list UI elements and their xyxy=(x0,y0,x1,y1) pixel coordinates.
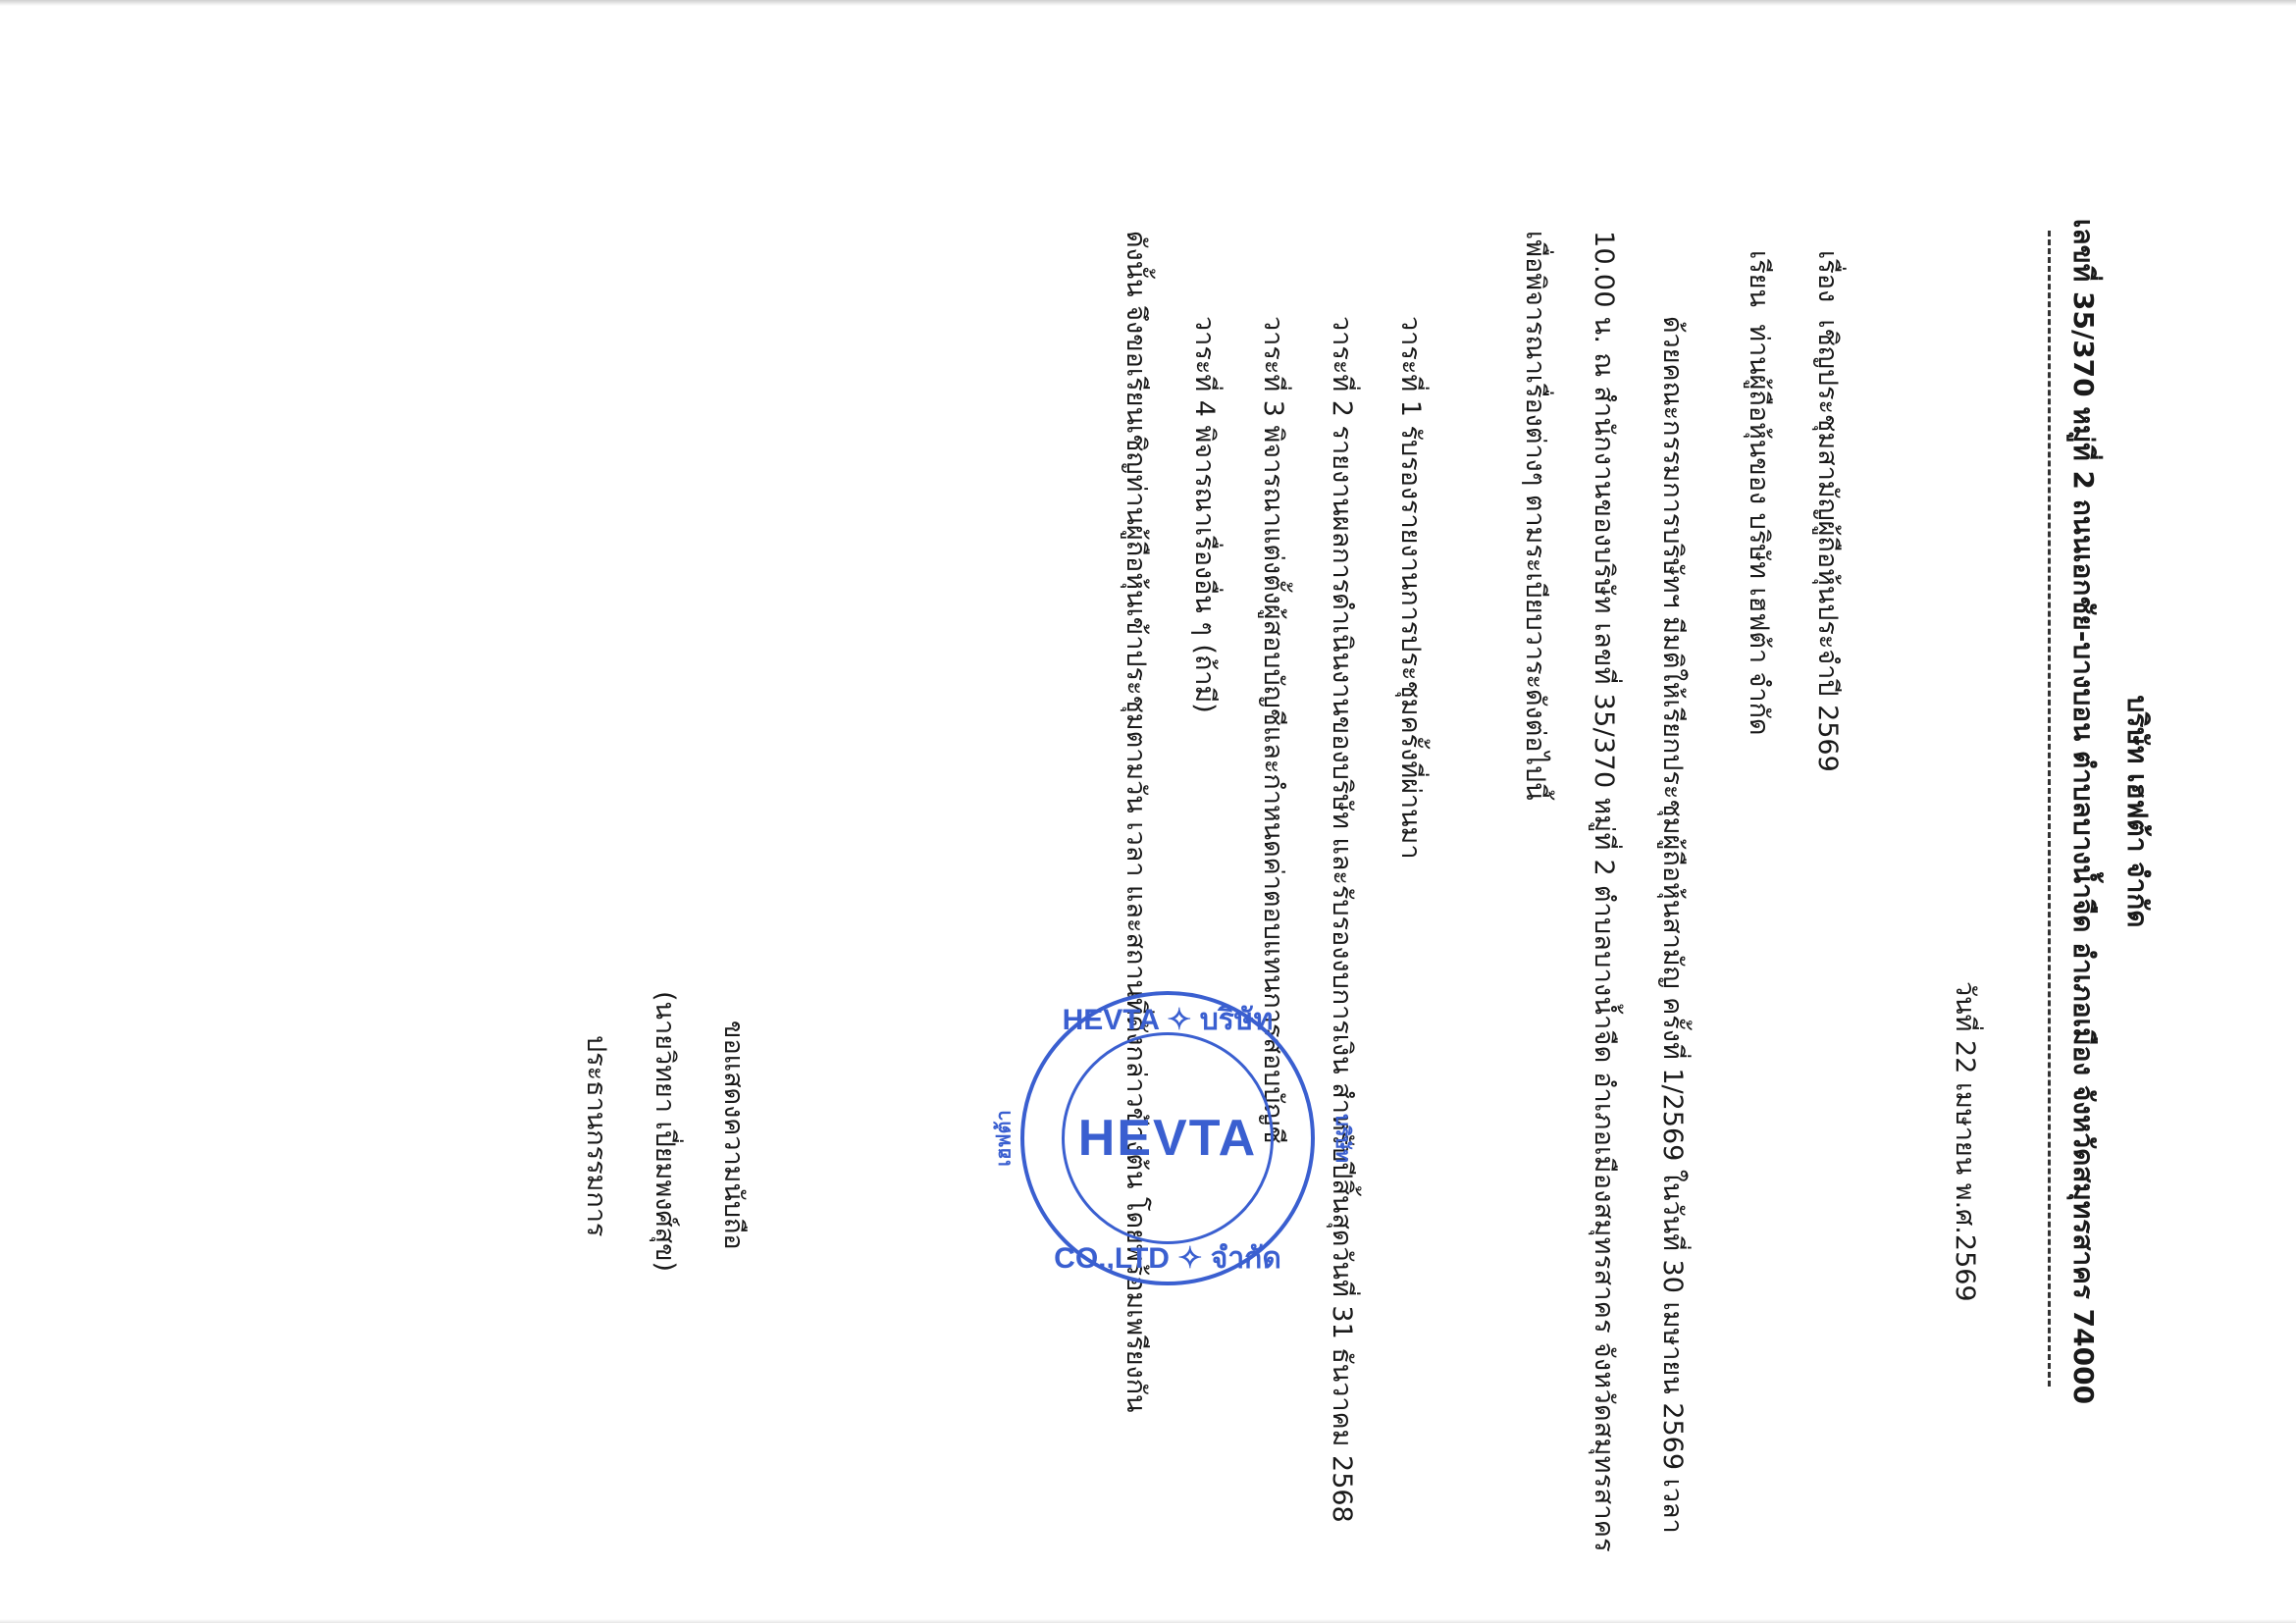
letter-recipient: เรียน ท่านผู้ถือหุ้นของ บริษัท เฮฟต้า จำ… xyxy=(1739,250,1781,735)
agenda-item: วาระที่ 4 พิจารณาเรื่องอื่น ๆ (ถ้ามี) xyxy=(1184,316,1226,713)
agenda-item: วาระที่ 1 รับรองรายงานการประชุมครั้งที่ผ… xyxy=(1390,316,1433,860)
subject-label: เรื่อง xyxy=(1812,250,1843,302)
recipient-text: ท่านผู้ถือหุ้นของ บริษัท เฮฟต้า จำกัด xyxy=(1744,324,1774,735)
body-line: ด้วยคณะกรรมการบริษัทฯ มีมติให้เรียกประชุ… xyxy=(1652,316,1695,1534)
company-address: เลขที่ 35/370 หมู่ที่ 2 ถนนเอกชัย-บางบอน… xyxy=(2061,0,2105,1623)
seal-bottom-text: CO.,LTD ✧ จำกัด xyxy=(1024,1235,1311,1282)
closing-regards: ขอแสดงความนับถือ xyxy=(713,1021,756,1250)
recipient-label: เรียน xyxy=(1744,250,1774,307)
seal-top-text: HEVTA ✧ บริษัท xyxy=(1024,997,1311,1043)
document-page: บริษัท เฮฟต้า จำกัด เลขที่ 35/370 หมู่ที… xyxy=(0,0,2296,1623)
letter-subject: เรื่อง เชิญประชุมสามัญผู้ถือหุ้นประจำปี … xyxy=(1807,250,1850,772)
letterhead-divider xyxy=(2048,231,2051,1387)
company-name: บริษัท เฮฟต้า จำกัด xyxy=(2115,0,2159,1623)
company-seal: HEVTA HEVTA ✧ บริษัท CO.,LTD ✧ จำกัด เฮฟ… xyxy=(1020,991,1315,1285)
subject-text: เชิญประชุมสามัญผู้ถือหุ้นประจำปี 2569 xyxy=(1812,319,1843,771)
signer-name: (นายวิทยา เปี่ยมพงศ์สุข) xyxy=(645,991,687,1272)
agenda-item: วาระที่ 2 รายงานผลการดำเนินงานของบริษัท … xyxy=(1322,316,1364,1523)
body-line: 10.00 น. ณ สำนักงานของบริษัท เลขที่ 35/3… xyxy=(1584,231,1626,1552)
scan-bottom-edge xyxy=(0,1619,2296,1623)
seal-inner-ring: HEVTA xyxy=(1062,1032,1274,1244)
letter-date: วันที่ 22 เมษายน พ.ศ.2569 xyxy=(1945,981,1987,1302)
seal-right-text: บริษัท xyxy=(1328,1114,1359,1163)
seal-center-text: HEVTA xyxy=(1065,1035,1271,1241)
body-line: เพื่อพิจารณาเรื่องต่างๆ ตามระเบียบวาระดั… xyxy=(1515,231,1557,801)
signer-title: ประธานกรรมการ xyxy=(576,1035,618,1236)
seal-left-text: เฮฟต้า xyxy=(988,1110,1019,1166)
